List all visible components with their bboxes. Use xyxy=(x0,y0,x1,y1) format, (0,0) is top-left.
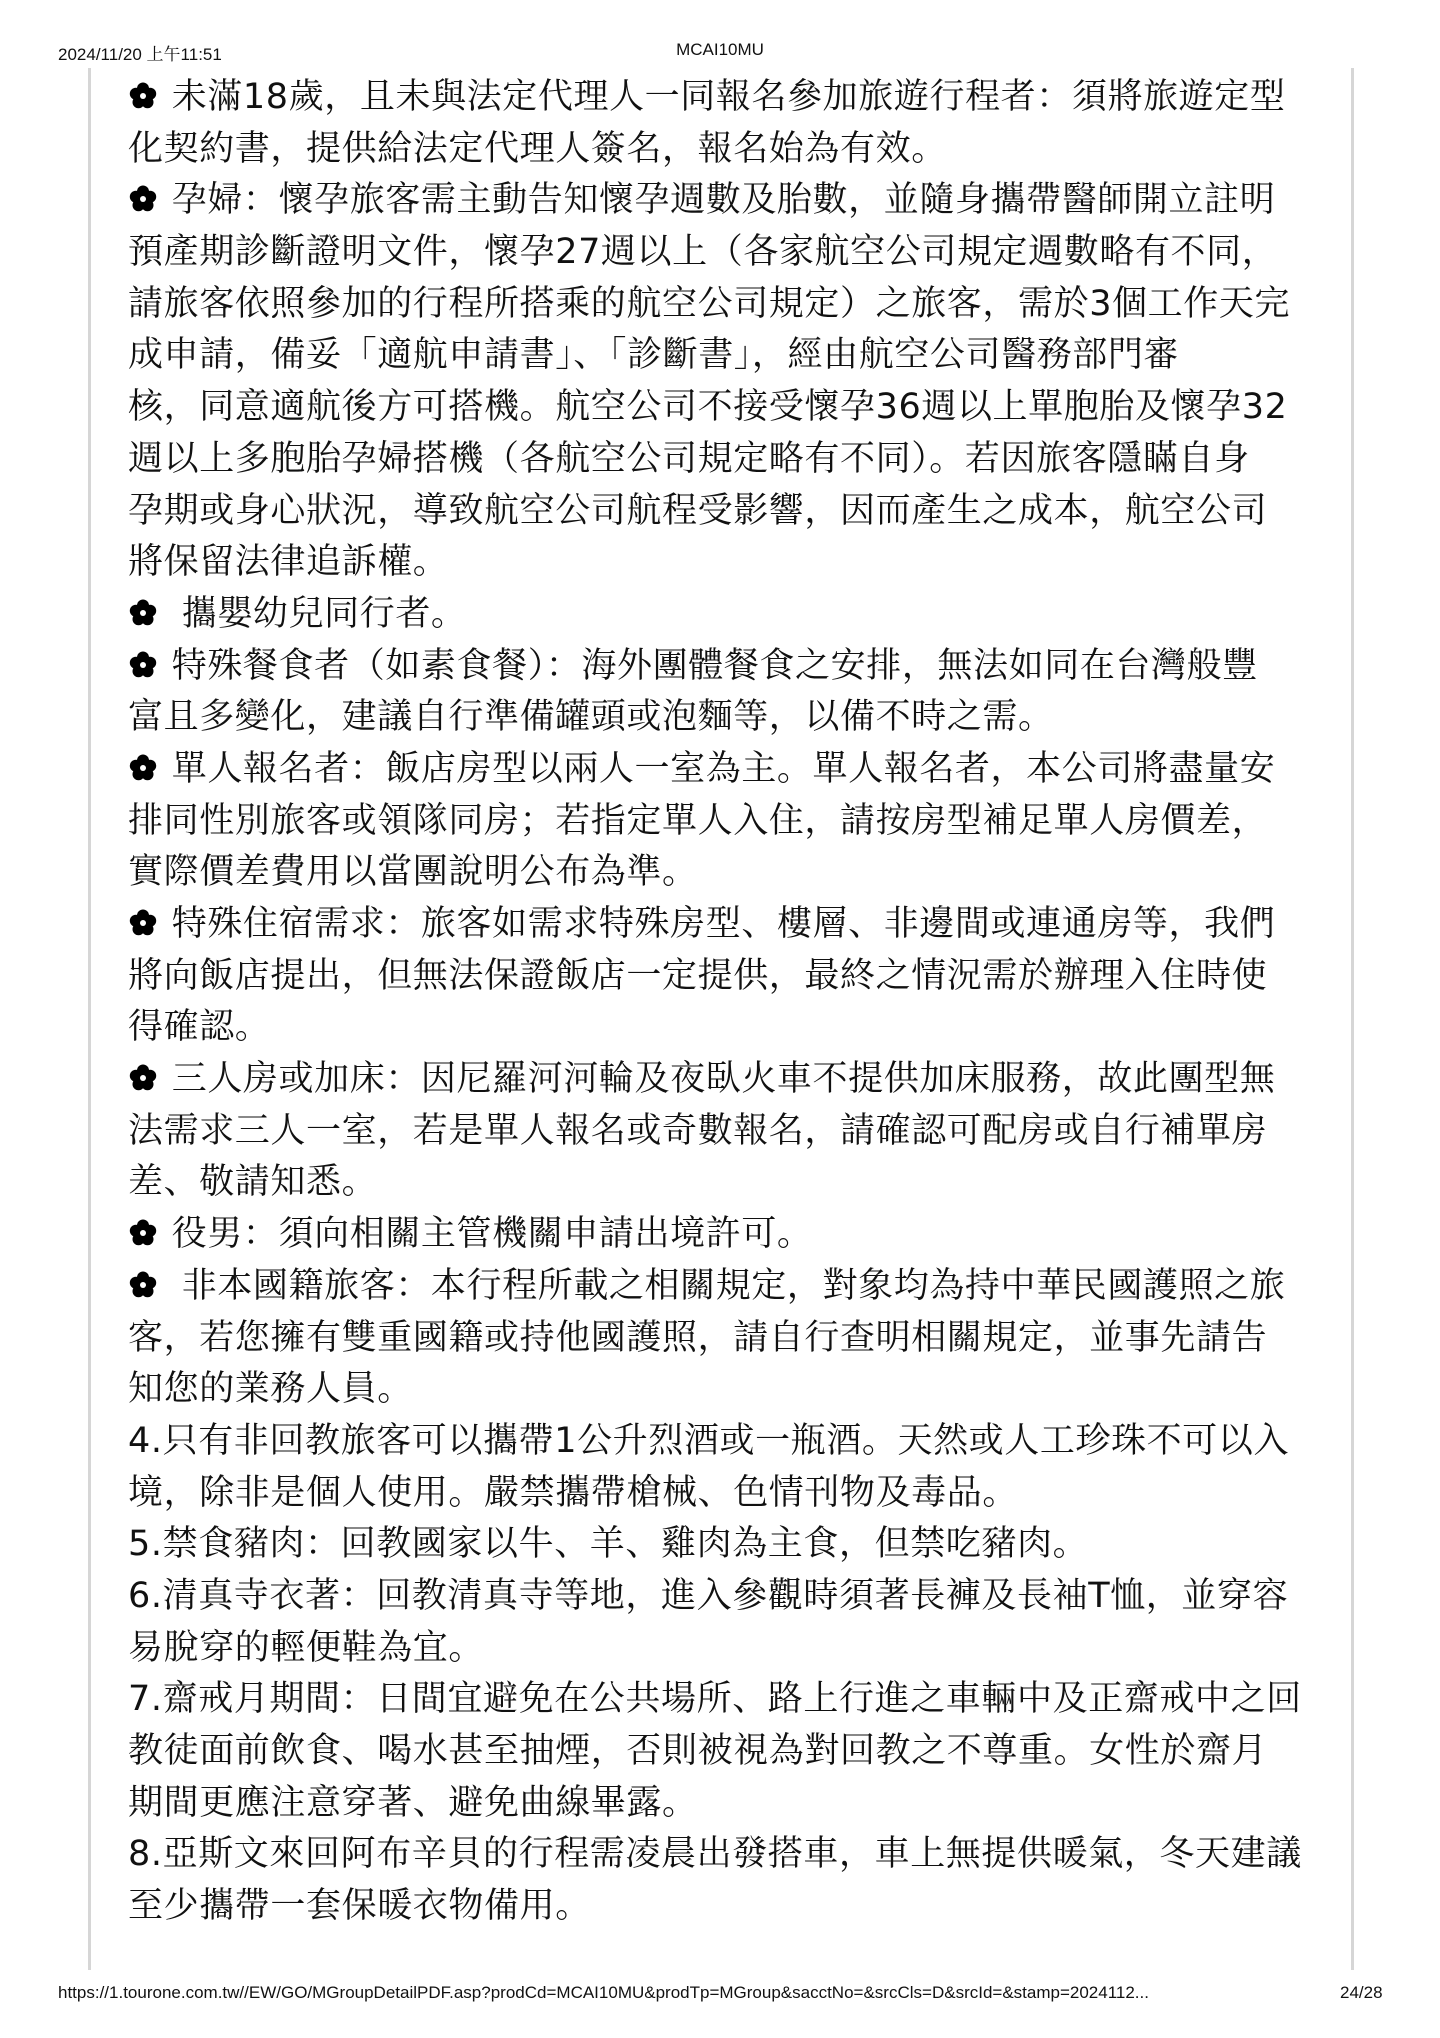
text-line: 法需求三人一室，若是單人報名或奇數報名，請確認可配房或自行補單房 xyxy=(128,1106,1328,1158)
flower-icon xyxy=(128,908,158,938)
page-number: 24/28 xyxy=(1340,1983,1383,2003)
flower-icon xyxy=(128,1270,158,1300)
numbered-item: 7.齋戒月期間：日間宜避免在公共場所、路上行進之車輛中及正齋戒中之回教徒面前飲食… xyxy=(128,1674,1328,1829)
text-line: 7.齋戒月期間：日間宜避免在公共場所、路上行進之車輛中及正齋戒中之回 xyxy=(128,1674,1328,1726)
bullet-item: 未滿18歲，且未與法定代理人一同報名參加旅遊行程者：須將旅遊定型化契約書，提供給… xyxy=(128,72,1328,175)
line-text: 境，除非是個人使用。嚴禁攜帶槍械、色情刊物及毒品。 xyxy=(128,1473,1018,1513)
text-line: 差、敬請知悉。 xyxy=(128,1157,1328,1209)
line-text: 未滿18歲，且未與法定代理人一同報名參加旅遊行程者：須將旅遊定型 xyxy=(172,77,1286,117)
line-text: 預產期診斷證明文件，懷孕27週以上（各家航空公司規定週數略有不同， xyxy=(128,232,1277,272)
line-text: 將保留法律追訴權。 xyxy=(128,542,448,582)
text-line: 孕期或身心狀況，導致航空公司航程受影響，因而產生之成本，航空公司 xyxy=(128,486,1328,538)
text-line: 核，同意適航後方可搭機。航空公司不接受懷孕36週以上單胞胎及懷孕32 xyxy=(128,382,1328,434)
line-text: 成申請，備妥「適航申請書」、「診斷書」，經由航空公司醫務部門審 xyxy=(128,335,1179,375)
line-text: 週以上多胞胎孕婦搭機（各航空公司規定略有不同）。若因旅客隱瞞自身 xyxy=(128,439,1250,479)
text-line: 孕婦：懷孕旅客需主動告知懷孕週數及胎數，並隨身攜帶醫師開立註明 xyxy=(128,175,1328,227)
line-text: 非本國籍旅客：本行程所載之相關規定，對象均為持中華民國護照之旅 xyxy=(182,1266,1286,1306)
flower-icon xyxy=(128,1218,158,1248)
line-text: 攜嬰幼兒同行者。 xyxy=(182,594,467,634)
print-title: MCAI10MU xyxy=(0,40,1440,60)
bullet-item: 特殊住宿需求：旅客如需求特殊房型、樓層、非邊間或連通房等，我們將向飯店提出，但無… xyxy=(128,899,1328,1054)
document-content: 未滿18歲，且未與法定代理人一同報名參加旅遊行程者：須將旅遊定型化契約書，提供給… xyxy=(128,72,1328,1933)
text-line: 富且多變化，建議自行準備罐頭或泡麵等，以備不時之需。 xyxy=(128,692,1328,744)
line-text: 排同性別旅客或領隊同房；若指定單人入住，請按房型補足單人房價差， xyxy=(128,801,1267,841)
numbered-item: 4.只有非回教旅客可以攜帶1公升烈酒或一瓶酒。天然或人工珍珠不可以入境，除非是個… xyxy=(128,1416,1328,1519)
print-url: https://1.tourone.com.tw//EW/GO/MGroupDe… xyxy=(58,1983,1149,2003)
text-line: 單人報名者：飯店房型以兩人一室為主。單人報名者，本公司將盡量安 xyxy=(128,744,1328,796)
text-line: 易脫穿的輕便鞋為宜。 xyxy=(128,1623,1328,1675)
text-line: 教徒面前飲食、喝水甚至抽煙，否則被視為對回教之不尊重。女性於齋月 xyxy=(128,1726,1328,1778)
text-line: 役男：須向相關主管機關申請出境許可。 xyxy=(128,1209,1328,1261)
text-line: 預產期診斷證明文件，懷孕27週以上（各家航空公司規定週數略有不同， xyxy=(128,227,1328,279)
line-text: 教徒面前飲食、喝水甚至抽煙，否則被視為對回教之不尊重。女性於齋月 xyxy=(128,1731,1267,1771)
line-text: 特殊住宿需求：旅客如需求特殊房型、樓層、非邊間或連通房等，我們 xyxy=(172,904,1276,944)
text-line: 4.只有非回教旅客可以攜帶1公升烈酒或一瓶酒。天然或人工珍珠不可以入 xyxy=(128,1416,1328,1468)
line-text: 將向飯店提出，但無法保證飯店一定提供，最終之情況需於辦理入住時使 xyxy=(128,956,1267,996)
text-line: 特殊住宿需求：旅客如需求特殊房型、樓層、非邊間或連通房等，我們 xyxy=(128,899,1328,951)
text-line: 週以上多胞胎孕婦搭機（各航空公司規定略有不同）。若因旅客隱瞞自身 xyxy=(128,434,1328,486)
line-text: 差、敬請知悉。 xyxy=(128,1162,377,1202)
line-text: 孕婦：懷孕旅客需主動告知懷孕週數及胎數，並隨身攜帶醫師開立註明 xyxy=(172,180,1276,220)
bullet-item: 三人房或加床：因尼羅河河輪及夜臥火車不提供加床服務，故此團型無法需求三人一室，若… xyxy=(128,1054,1328,1209)
text-line: 非本國籍旅客：本行程所載之相關規定，對象均為持中華民國護照之旅 xyxy=(128,1261,1328,1313)
text-line: 特殊餐食者（如素食餐）：海外團體餐食之安排，無法如同在台灣般豐 xyxy=(128,641,1328,693)
line-text: 核，同意適航後方可搭機。航空公司不接受懷孕36週以上單胞胎及懷孕32 xyxy=(128,387,1287,427)
flower-icon xyxy=(128,650,158,680)
text-line: 排同性別旅客或領隊同房；若指定單人入住，請按房型補足單人房價差， xyxy=(128,796,1328,848)
text-line: 攜嬰幼兒同行者。 xyxy=(128,589,1328,641)
text-line: 知您的業務人員。 xyxy=(128,1364,1328,1416)
text-line: 將保留法律追訴權。 xyxy=(128,537,1328,589)
line-text: 期間更應注意穿著、避免曲線畢露。 xyxy=(128,1783,698,1823)
text-line: 實際價差費用以當團說明公布為準。 xyxy=(128,847,1328,899)
line-text: 4.只有非回教旅客可以攜帶1公升烈酒或一瓶酒。天然或人工珍珠不可以入 xyxy=(128,1421,1289,1461)
numbered-item: 8.亞斯文來回阿布辛貝的行程需凌晨出發搭車，車上無提供暖氣，冬天建議至少攜帶一套… xyxy=(128,1829,1328,1932)
bullet-item: 孕婦：懷孕旅客需主動告知懷孕週數及胎數，並隨身攜帶醫師開立註明預產期診斷證明文件… xyxy=(128,175,1328,589)
flower-icon xyxy=(128,184,158,214)
line-text: 實際價差費用以當團說明公布為準。 xyxy=(128,852,698,892)
text-line: 請旅客依照參加的行程所搭乘的航空公司規定）之旅客，需於3個工作天完 xyxy=(128,279,1328,331)
text-line: 化契約書，提供給法定代理人簽名，報名始為有效。 xyxy=(128,124,1328,176)
text-line: 得確認。 xyxy=(128,1002,1328,1054)
line-text: 富且多變化，建議自行準備罐頭或泡麵等，以備不時之需。 xyxy=(128,697,1054,737)
text-line: 至少攜帶一套保暖衣物備用。 xyxy=(128,1881,1328,1933)
text-line: 三人房或加床：因尼羅河河輪及夜臥火車不提供加床服務，故此團型無 xyxy=(128,1054,1328,1106)
text-line: 期間更應注意穿著、避免曲線畢露。 xyxy=(128,1778,1328,1830)
text-line: 境，除非是個人使用。嚴禁攜帶槍械、色情刊物及毒品。 xyxy=(128,1468,1328,1520)
line-text: 特殊餐食者（如素食餐）：海外團體餐食之安排，無法如同在台灣般豐 xyxy=(172,646,1258,686)
flower-icon xyxy=(128,81,158,111)
text-line: 成申請，備妥「適航申請書」、「診斷書」，經由航空公司醫務部門審 xyxy=(128,330,1328,382)
print-footer: https://1.tourone.com.tw//EW/GO/MGroupDe… xyxy=(0,1981,1440,2007)
bullet-item: 單人報名者：飯店房型以兩人一室為主。單人報名者，本公司將盡量安排同性別旅客或領隊… xyxy=(128,744,1328,899)
text-line: 8.亞斯文來回阿布辛貝的行程需凌晨出發搭車，車上無提供暖氣，冬天建議 xyxy=(128,1829,1328,1881)
line-text: 役男：須向相關主管機關申請出境許可。 xyxy=(172,1214,813,1254)
line-text: 至少攜帶一套保暖衣物備用。 xyxy=(128,1886,591,1926)
text-line: 6.清真寺衣著：回教清真寺等地，進入參觀時須著長褲及長袖T恤，並穿容 xyxy=(128,1571,1328,1623)
text-line: 未滿18歲，且未與法定代理人一同報名參加旅遊行程者：須將旅遊定型 xyxy=(128,72,1328,124)
line-text: 化契約書，提供給法定代理人簽名，報名始為有效。 xyxy=(128,129,947,169)
line-text: 7.齋戒月期間：日間宜避免在公共場所、路上行進之車輛中及正齋戒中之回 xyxy=(128,1679,1302,1719)
bullet-item: 攜嬰幼兒同行者。 xyxy=(128,589,1328,641)
line-text: 請旅客依照參加的行程所搭乘的航空公司規定）之旅客，需於3個工作天完 xyxy=(128,284,1290,324)
text-line: 將向飯店提出，但無法保證飯店一定提供，最終之情況需於辦理入住時使 xyxy=(128,951,1328,1003)
print-header: 2024/11/20 上午11:51 MCAI10MU xyxy=(0,38,1440,64)
line-text: 8.亞斯文來回阿布辛貝的行程需凌晨出發搭車，車上無提供暖氣，冬天建議 xyxy=(128,1834,1302,1874)
line-text: 5.禁食豬肉：回教國家以牛、羊、雞肉為主食，但禁吃豬肉。 xyxy=(128,1524,1088,1564)
line-text: 易脫穿的輕便鞋為宜。 xyxy=(128,1628,484,1668)
line-text: 三人房或加床：因尼羅河河輪及夜臥火車不提供加床服務，故此團型無 xyxy=(172,1059,1276,1099)
bullet-item: 非本國籍旅客：本行程所載之相關規定，對象均為持中華民國護照之旅客，若您擁有雙重國… xyxy=(128,1261,1328,1416)
line-text: 孕期或身心狀況，導致航空公司航程受影響，因而產生之成本，航空公司 xyxy=(128,491,1267,531)
line-text: 法需求三人一室，若是單人報名或奇數報名，請確認可配房或自行補單房 xyxy=(128,1111,1267,1151)
bullet-item: 特殊餐食者（如素食餐）：海外團體餐食之安排，無法如同在台灣般豐富且多變化，建議自… xyxy=(128,641,1328,744)
flower-icon xyxy=(128,1063,158,1093)
line-text: 客，若您擁有雙重國籍或持他國護照，請自行查明相關規定，並事先請告 xyxy=(128,1318,1267,1358)
text-line: 客，若您擁有雙重國籍或持他國護照，請自行查明相關規定，並事先請告 xyxy=(128,1313,1328,1365)
line-text: 得確認。 xyxy=(128,1007,270,1047)
line-text: 單人報名者：飯店房型以兩人一室為主。單人報名者，本公司將盡量安 xyxy=(172,749,1276,789)
numbered-item: 5.禁食豬肉：回教國家以牛、羊、雞肉為主食，但禁吃豬肉。 xyxy=(128,1519,1328,1571)
numbered-item: 6.清真寺衣著：回教清真寺等地，進入參觀時須著長褲及長袖T恤，並穿容易脫穿的輕便… xyxy=(128,1571,1328,1674)
text-line: 5.禁食豬肉：回教國家以牛、羊、雞肉為主食，但禁吃豬肉。 xyxy=(128,1519,1328,1571)
flower-icon xyxy=(128,753,158,783)
bullet-item: 役男：須向相關主管機關申請出境許可。 xyxy=(128,1209,1328,1261)
flower-icon xyxy=(128,598,158,628)
line-text: 知您的業務人員。 xyxy=(128,1369,413,1409)
line-text: 6.清真寺衣著：回教清真寺等地，進入參觀時須著長褲及長袖T恤，並穿容 xyxy=(128,1576,1288,1616)
